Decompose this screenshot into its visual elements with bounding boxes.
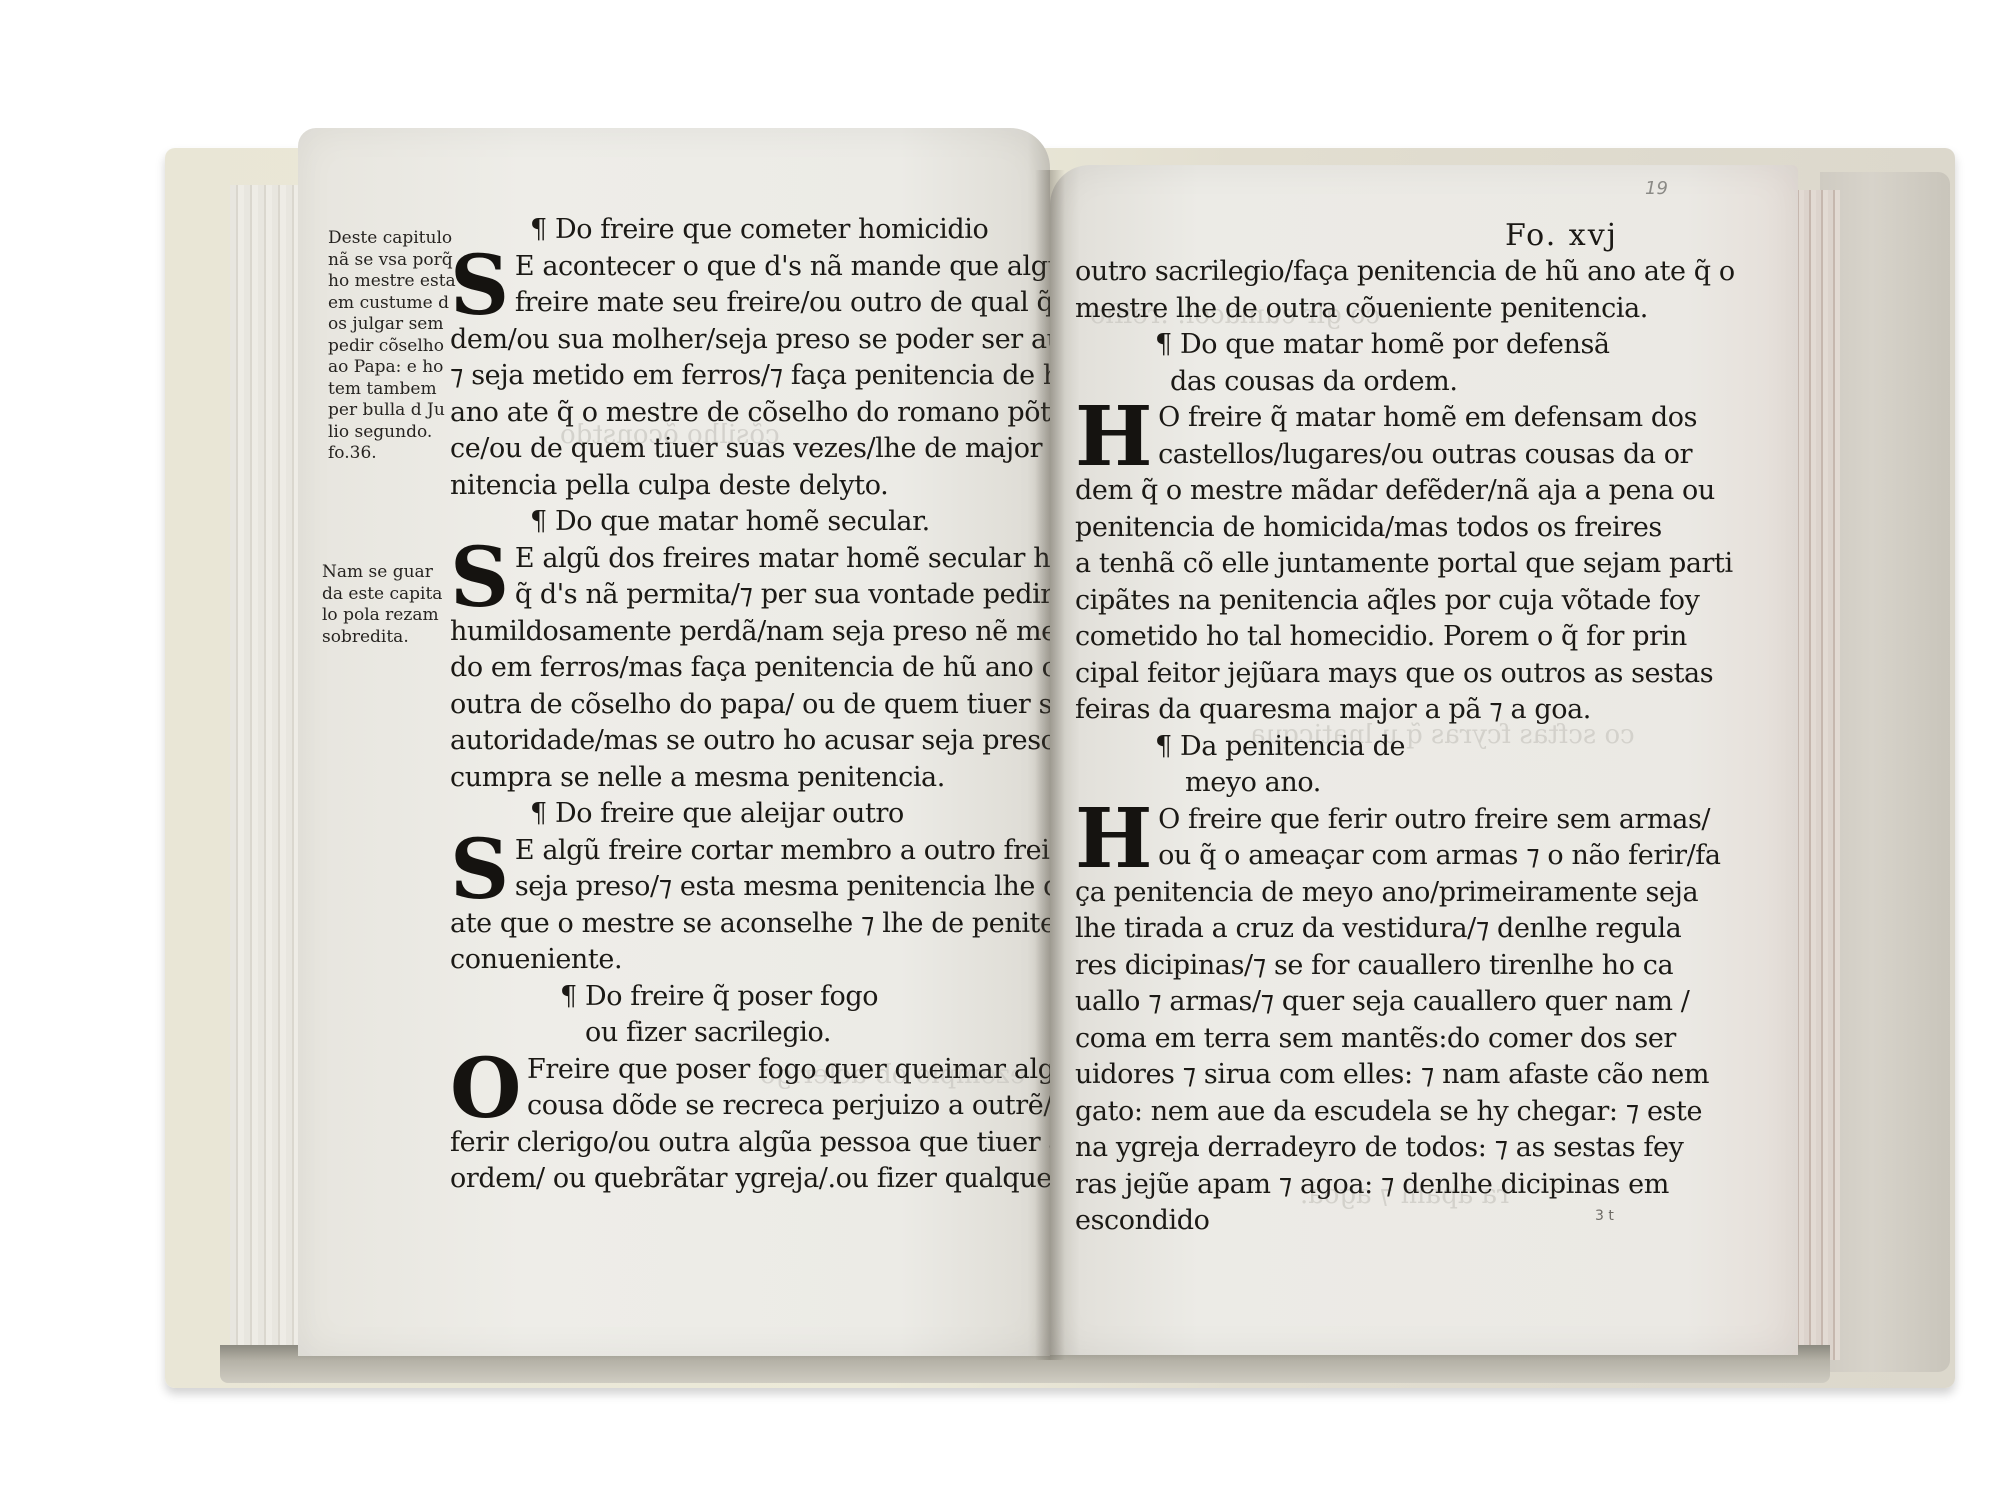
pencil-page-number: 19 bbox=[1645, 178, 1668, 199]
section-heading-cont: meyo ano. bbox=[1075, 765, 1735, 802]
drop-cap: O bbox=[450, 1056, 521, 1122]
paragraph: O Freire que poser fogo quer queimar alg… bbox=[450, 1052, 1111, 1125]
paragraph: S E acontecer o que d's nã mande que alg… bbox=[450, 249, 1111, 322]
drop-cap: H bbox=[1075, 806, 1152, 872]
paragraph: S E algũ freire cortar membro a outro fr… bbox=[450, 833, 1111, 906]
paragraph: H O freire que ferir outro freire sem ar… bbox=[1075, 802, 1735, 875]
drop-cap: S bbox=[450, 545, 509, 611]
margin-note-2: Nam se guar da este capita lo pola rezam… bbox=[322, 562, 442, 648]
section-heading: ¶ Da penitencia de bbox=[1075, 729, 1735, 766]
section-heading-cont: ou fizer sacrilegio. bbox=[450, 1015, 1111, 1052]
section-heading: ¶ Do que matar homẽ secular. bbox=[450, 504, 1111, 541]
book-gutter bbox=[1035, 170, 1065, 1360]
drop-cap: S bbox=[450, 253, 509, 319]
margin-note-1: Deste capitulo nã se vsa porq̃ ho mestre… bbox=[328, 228, 456, 465]
right-page-text: outro sacrilegio/faça penitencia de hũ a… bbox=[1075, 254, 1735, 1240]
paragraph: H O freire q̃ matar homẽ em defensam dos… bbox=[1075, 400, 1735, 473]
section-heading: ¶ Do que matar homẽ por defensã bbox=[1075, 327, 1735, 364]
section-heading-cont: das cousas da ordem. bbox=[1075, 364, 1735, 401]
faint-signature-mark: 3 t bbox=[1595, 1208, 1614, 1224]
page-stack-left bbox=[230, 185, 300, 1365]
drop-cap: H bbox=[1075, 404, 1152, 470]
section-heading: ¶ Do freire que aleijar outro bbox=[450, 796, 1111, 833]
section-heading: ¶ Do freire que cometer homicidio bbox=[450, 212, 1111, 249]
drop-cap: S bbox=[450, 837, 509, 903]
left-page-text: ¶ Do freire que cometer homicidio S E ac… bbox=[450, 212, 1111, 1198]
section-heading: ¶ Do freire q̃ poser fogo bbox=[450, 979, 1111, 1016]
folio-number: Fo. xvj bbox=[1505, 218, 1618, 253]
paragraph: S E algũ dos freires matar homẽ secular … bbox=[450, 541, 1111, 614]
